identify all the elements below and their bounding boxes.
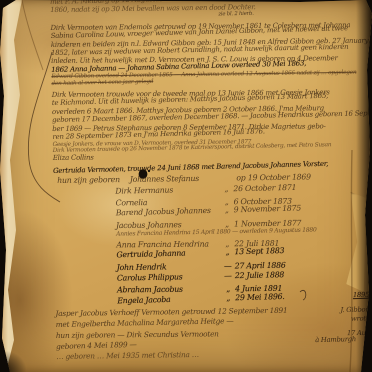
handwriting-text: Engela Jacoba [117,292,221,306]
handwriting-text: Carolus Philippus [117,270,221,284]
handwriting-text: „ [220,246,234,258]
handwriting-text: Gertruida Johanna [116,247,220,261]
handwriting-text: 13 Sept 1883 [234,245,284,258]
handwriting-text: à Hamburgh [315,334,356,346]
handwriting-text: „ [221,292,235,304]
handwriting-text: Eliza Collins [53,154,94,163]
handwriting-text: hun zijn geboren [57,174,120,186]
handwritten-text-block: met P. A. Meiburg op 12 Augustus 1849 — … [50,0,372,362]
handwriting-text: „ [220,205,234,217]
handwriting-text: zie bl. 2 hierb. [218,11,253,18]
handwriting-text: Dirk Hermanus [115,183,219,197]
handwriting-text: 9 November 1875 [234,203,302,216]
handwriting-text: Barend Jacobus Johannes [116,205,220,219]
handwriting-text: den haak al over het eene jaar gelegd [51,79,153,88]
handwriting-text: — [221,270,235,282]
dark-corner-stain [0,332,30,372]
dark-right-edge [356,0,372,372]
handwriting-text: „ [219,183,233,195]
scanned-manuscript-photo: met P. A. Meiburg op 12 Augustus 1849 — … [0,0,372,372]
handwriting-text: 29 Mei 1896. [235,291,285,304]
handwriting-text: 22 Julie 1888 [235,269,284,281]
paper-crease [22,0,43,70]
handwriting-text: 26 October 1871 [233,181,296,194]
manuscript-page: met P. A. Meiburg op 12 Augustus 1849 — … [0,0,372,372]
handwriting-text: … geboren … Mei 1935 met Christina … [56,350,199,362]
torn-left-edge [0,0,27,372]
